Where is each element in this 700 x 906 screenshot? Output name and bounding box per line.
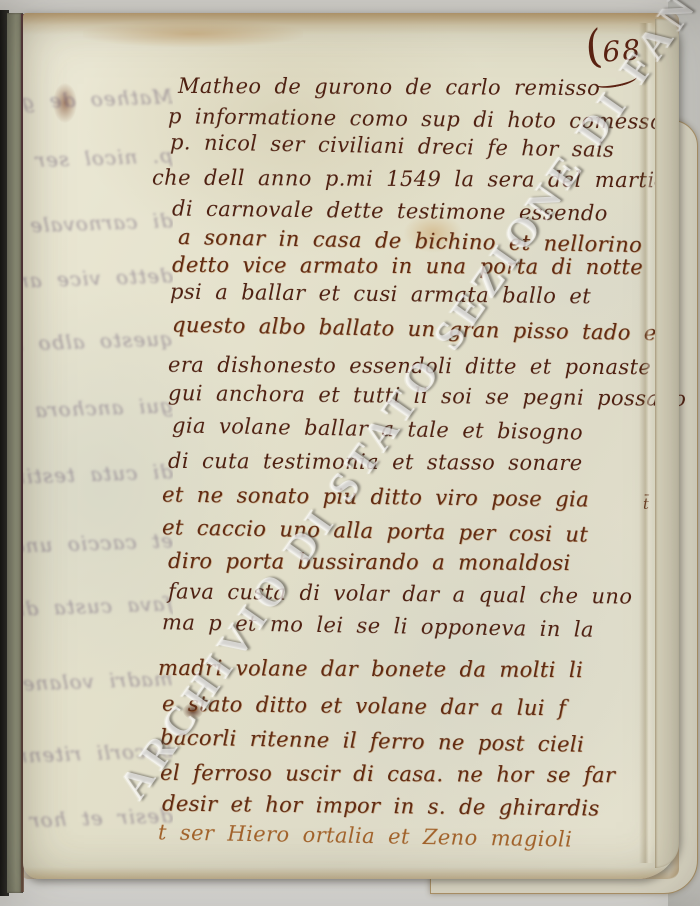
handwritten-line: bacorli ritenne il ferro ne post cieli xyxy=(160,725,584,756)
handwritten-line: fava custa di volar dar a qual che uno xyxy=(168,579,633,608)
show-through-line: di cuta testimonia et stasso sonare xyxy=(23,459,173,505)
handwritten-line: p informatione como sup di hoto comesso xyxy=(168,104,663,134)
handwritten-line: era dishonesto essendoli ditte et ponast… xyxy=(168,353,651,380)
show-through-line: di carnovale dette testimone essendo xyxy=(23,208,173,254)
show-through-line: fava custa di volar dar a qual che uno xyxy=(23,591,173,637)
handwritten-line: gia volane ballar a tale et bisogno xyxy=(172,413,583,444)
show-through-line: desir et hor impor in s. de ghirardis xyxy=(23,803,173,849)
show-through-line: gui anchora et tutti li soi se pegni pos… xyxy=(23,393,173,439)
handwritten-line: t ser Hiero ortalia et Zeno magioli xyxy=(158,820,573,851)
handwritten-line: di carnovale dette testimone essendo xyxy=(172,197,608,226)
show-through-line: et caccio uno alla porta per cosi ut xyxy=(23,528,173,574)
handwritten-line: questo albo ballato un gran pisso tado e… xyxy=(172,313,666,346)
folio-number-text: 68 xyxy=(601,33,643,69)
handwritten-line: et ne sonato piu ditto viro pose gia xyxy=(162,483,589,512)
handwritten-line: p. nicol ser civiliani dreci fe hor sais xyxy=(170,130,615,162)
handwritten-line: detto vice armato in una porta di notte xyxy=(172,253,643,279)
show-through-line: questo albo ballato un gran pisso tado e… xyxy=(23,326,173,372)
handwritten-line: Matheo de gurono de carlo remisso xyxy=(178,74,600,100)
show-through-line: p. nicol ser civiliani dreci fe hor sais xyxy=(23,143,173,189)
manuscript-photo: Matheo de gurono de carlo remissop. nico… xyxy=(0,0,700,906)
handwritten-line: e stato ditto et volane dar a lui f xyxy=(162,692,566,721)
manuscript-page: Matheo de gurono de carlo remissop. nico… xyxy=(23,13,679,879)
handwritten-line: desir et hor impor in s. de ghirardis xyxy=(162,792,600,821)
show-through-line: bacorli ritenne il ferro ne post cieli xyxy=(23,738,173,784)
handwritten-line: psi a ballar et cusi armata ballo et xyxy=(170,280,591,309)
handwritten-line: madri volane dar bonete da molti li xyxy=(158,656,583,682)
show-through-line: detto vice armato in una porta di notte xyxy=(23,263,173,309)
handwritten-line: ma p et mo lei se li opponeva in la xyxy=(162,610,594,642)
handwritten-line: gui anchora et tutti li soi se pegni pos… xyxy=(168,381,687,411)
show-through-line: madri volane dar bonete da molti li xyxy=(23,666,173,712)
handwritten-line: che dell anno p.mi 1549 la sera del mart… xyxy=(152,166,676,193)
handwritten-line: diro porta bussirando a monaldosi xyxy=(168,549,571,575)
folio-number: (68 xyxy=(584,25,644,70)
page-right-edge xyxy=(655,19,679,868)
handwritten-line: di cuta testimonia et stasso sonare xyxy=(168,449,583,475)
page-fold-ridge xyxy=(639,23,653,863)
handwritten-line: el ferroso uscir di casa. ne hor se far xyxy=(160,761,616,787)
handwritten-line: et caccio uno alla porta per cosi ut xyxy=(162,515,589,546)
show-through-text-layer: Matheo de gurono de carlo remissop. nico… xyxy=(23,13,173,879)
show-through-line: Matheo de gurono de carlo remisso xyxy=(23,84,173,130)
